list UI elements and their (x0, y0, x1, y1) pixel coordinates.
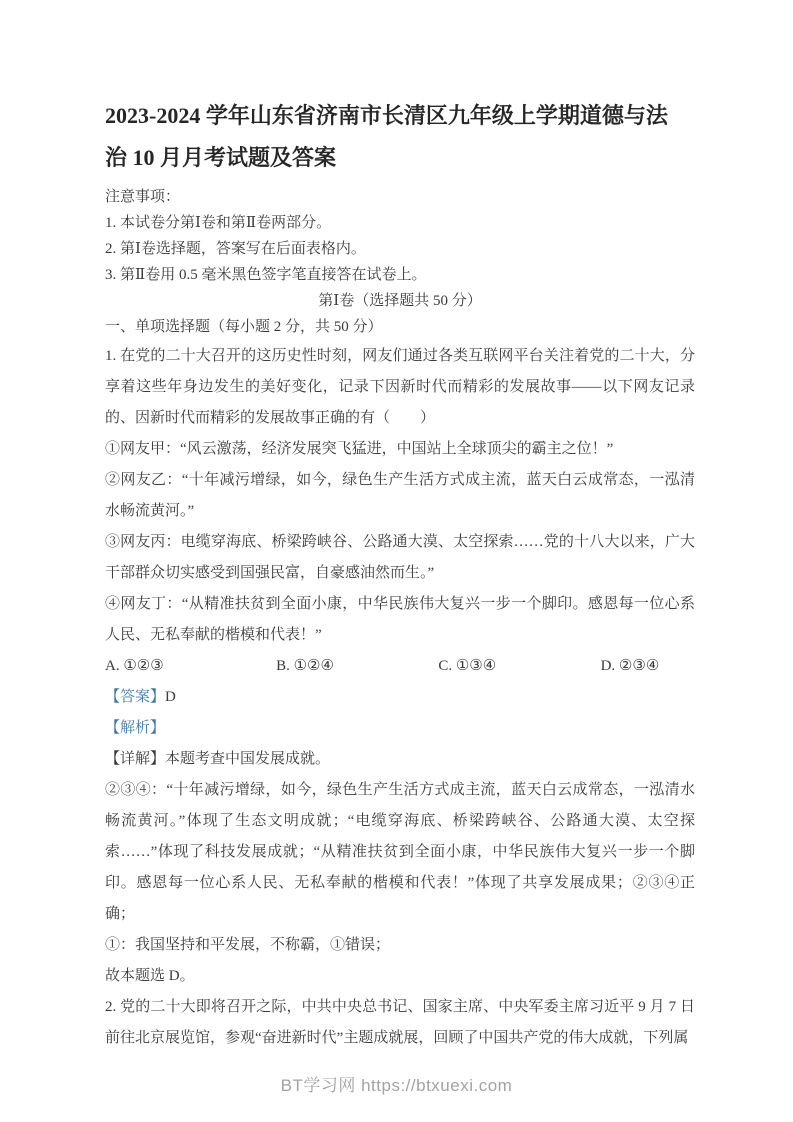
q1-option-b: B. ①②④ (276, 651, 438, 682)
question-1-stem: 1. 在党的二十大召开的这历史性时刻，网友们通过各类互联网平台关注着党的二十大，… (105, 341, 695, 434)
q1-answer-line: 【答案】D (105, 682, 695, 713)
analysis-label: 【解析】 (105, 713, 695, 744)
answer-label: 【答案】 (105, 689, 165, 705)
q1-options-row: A. ①②③ B. ①②④ C. ①③④ D. ②③④ (105, 651, 695, 682)
doc-title-line1: 2023-2024 学年山东省济南市长清区九年级上学期道德与法 (105, 95, 695, 137)
q1-statement-4: ④网友丁：“从精准扶贫到全面小康，中华民族伟大复兴一步一个脚印。感恩每一位心系人… (105, 589, 695, 651)
watermark: BT学习网 https://btxuexi.com (0, 1071, 793, 1096)
q1-detail-body: ②③④：“十年减污增绿，如今，绿色生产生活方式成主流，蓝天白云成常态，一泓清水畅… (105, 775, 695, 930)
question-1-block: 1. 在党的二十大召开的这历史性时刻，网友们通过各类互联网平台关注着党的二十大，… (105, 341, 695, 1054)
doc-title: 2023-2024 学年山东省济南市长清区九年级上学期道德与法 治 10 月月考… (105, 95, 695, 179)
q1-option-c: C. ①③④ (438, 651, 600, 682)
notice-item-3: 3. 第Ⅱ卷用 0.5 毫米黑色签字笔直接答在试卷上。 (105, 262, 695, 288)
q1-statement-2: ②网友乙：“十年减污增绿，如今，绿色生产生活方式成主流，蓝天白云成常态，一泓清水… (105, 465, 695, 527)
notice-item-2: 2. 第Ⅰ卷选择题，答案写在后面表格内。 (105, 236, 695, 262)
q1-statement-1: ①网友甲：“风云激荡，经济发展突飞猛进，中国站上全球顶尖的霸主之位！” (105, 434, 695, 465)
q1-detail-point: ①：我国坚持和平发展，不称霸，①错误； (105, 930, 695, 961)
q1-detail-conclusion: 故本题选 D。 (105, 961, 695, 992)
notice-item-1: 1. 本试卷分第Ⅰ卷和第Ⅱ卷两部分。 (105, 210, 695, 236)
answer-value: D (165, 689, 176, 705)
notice-heading: 注意事项： (105, 184, 695, 210)
notice-section: 注意事项： 1. 本试卷分第Ⅰ卷和第Ⅱ卷两部分。 2. 第Ⅰ卷选择题，答案写在后… (105, 184, 695, 340)
q1-detail-intro: 【详解】本题考查中国发展成就。 (105, 744, 695, 775)
doc-title-line2: 治 10 月月考试题及答案 (105, 137, 695, 179)
question-2-stem: 2. 党的二十大即将召开之际，中共中央总书记、国家主席、中央军委主席习近平 9 … (105, 992, 695, 1054)
part-heading: 一、单项选择题（每小题 2 分，共 50 分） (105, 314, 695, 340)
q1-option-d: D. ②③④ (601, 651, 695, 682)
section-heading: 第Ⅰ卷（选择题共 50 分） (105, 288, 695, 314)
q1-option-a: A. ①②③ (105, 651, 276, 682)
exam-page: 2023-2024 学年山东省济南市长清区九年级上学期道德与法 治 10 月月考… (0, 0, 793, 1054)
q1-statement-3: ③网友丙：电缆穿海底、桥梁跨峡谷、公路通大漠、太空探索……党的十八大以来，广大干… (105, 527, 695, 589)
